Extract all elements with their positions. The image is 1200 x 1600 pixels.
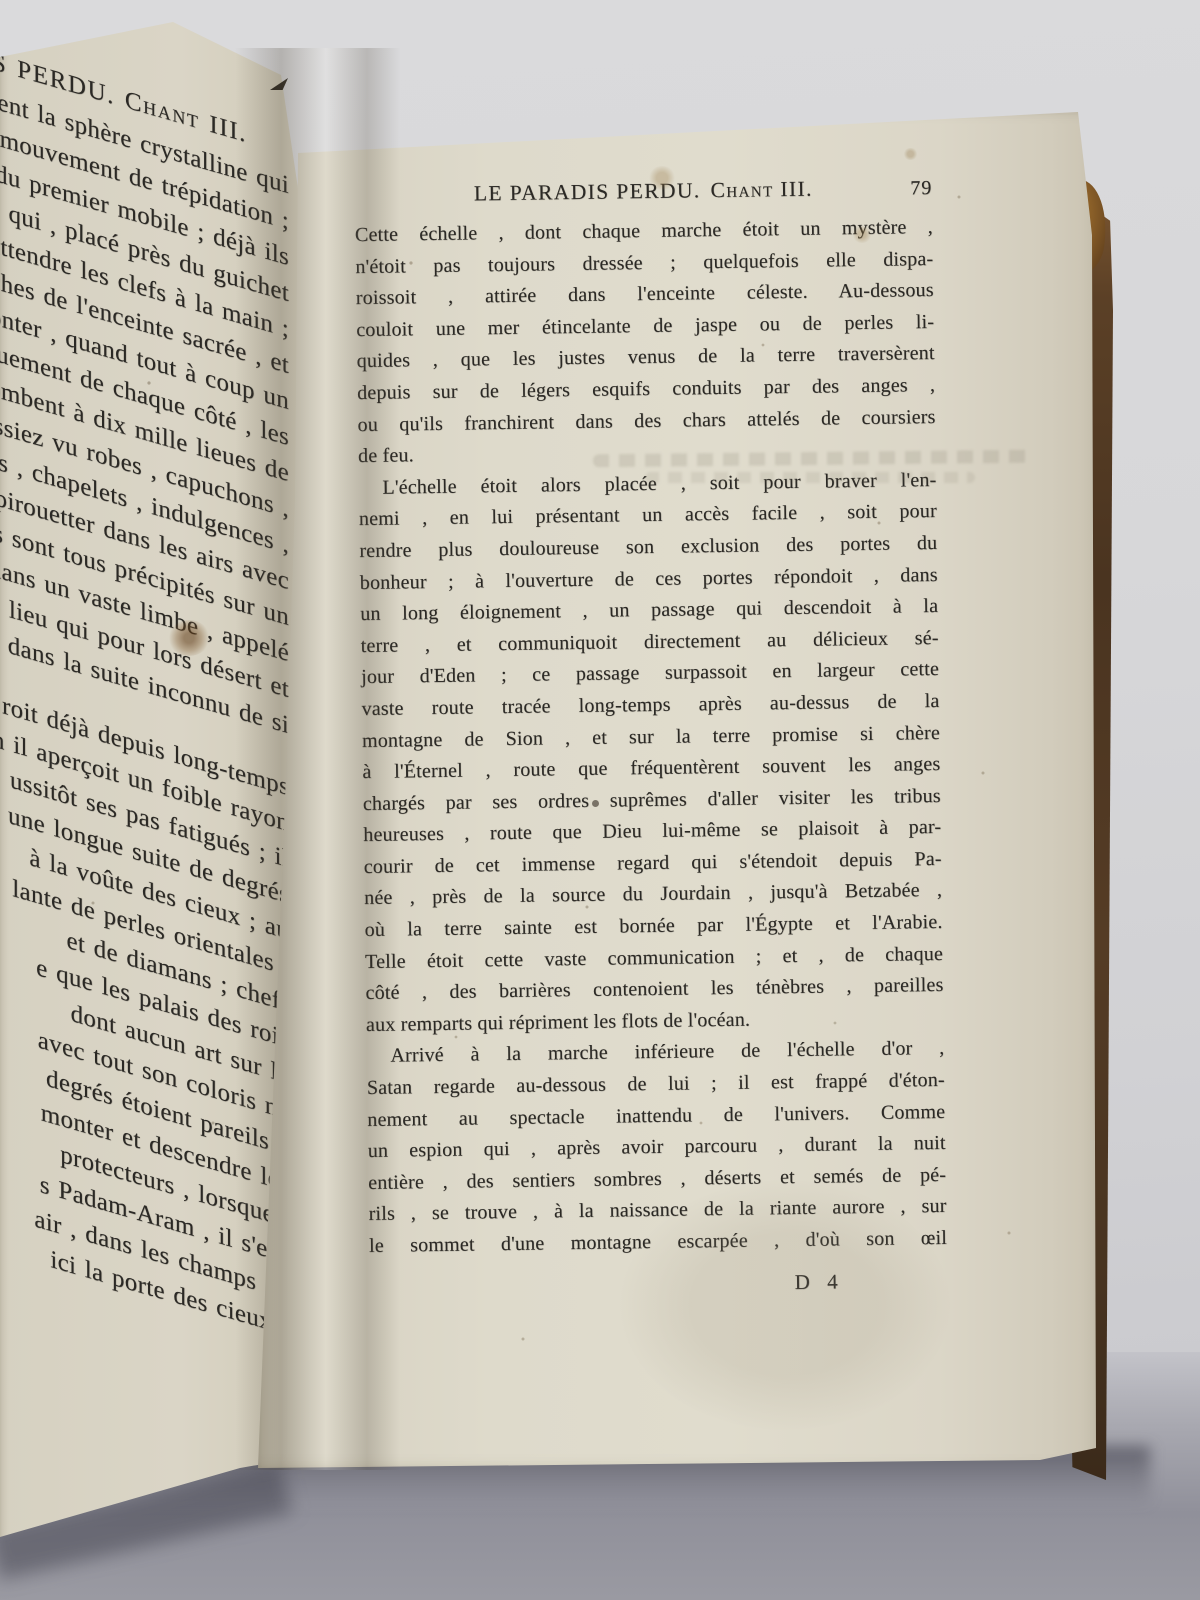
left-page-text: DIS PERDU. Chant III. raversent la sphèr… [0, 0, 295, 1348]
paper-stain [168, 620, 210, 656]
running-header: LE PARADIS PERDU.Chant III. 79 [354, 172, 932, 210]
book-photograph: DIS PERDU. Chant III. raversent la sphèr… [0, 0, 1200, 1600]
paper-stain [648, 166, 676, 190]
paper-stain [852, 226, 872, 243]
left-page-lines: raversent la sphère crystalline quiar un… [0, 4, 295, 1348]
paper-stain [903, 148, 918, 160]
header-chapter: Chant III. [710, 177, 813, 202]
paper-smudge [620, 1180, 950, 1430]
show-through-text [645, 472, 975, 483]
right-page-text: LE PARADIS PERDU.Chant III. 79 Cette éch… [354, 172, 948, 1305]
paper-specks [0, 0, 2, 2]
page-number: 79 [910, 173, 932, 203]
right-page-lines: Cette échelle , dont chaque marche étoit… [355, 212, 948, 1263]
paper-stain [592, 800, 599, 807]
